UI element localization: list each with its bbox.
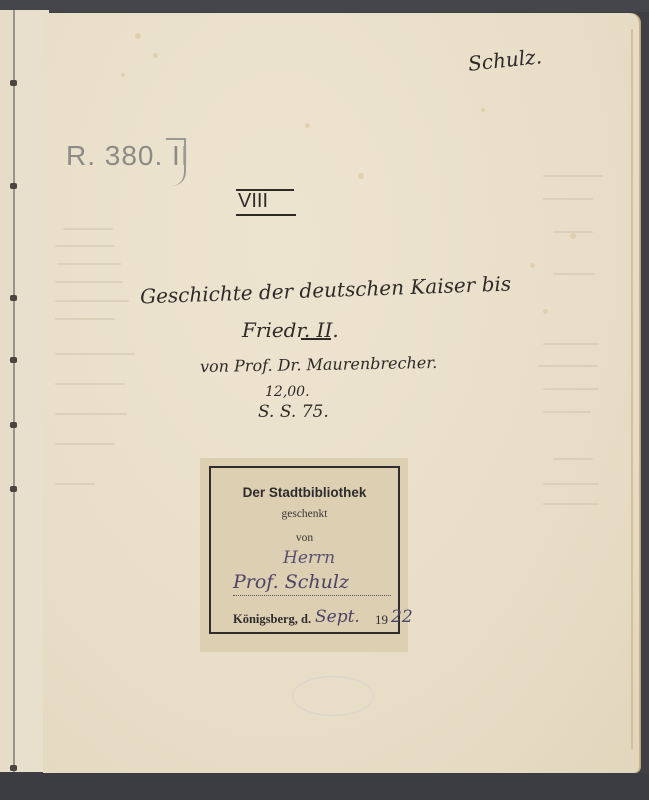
- bleed-through-line: [543, 198, 593, 200]
- bleed-through-line: [543, 411, 591, 413]
- foxing-spot: [570, 233, 576, 239]
- faded-library-stamp: [292, 676, 374, 716]
- bleed-through-line: [55, 383, 125, 385]
- bookplate-year-handwritten: 22: [391, 607, 413, 627]
- binding-thread: [13, 10, 15, 772]
- bleed-through-line: [543, 175, 603, 177]
- bookplate-heading: Der Stadtbibliothek: [211, 485, 398, 500]
- term-line: S. S. 75.: [258, 402, 329, 422]
- bookplate-dotted-line: [233, 595, 391, 596]
- bookplate-donor-name: Prof. Schulz: [233, 571, 349, 593]
- foxing-spot: [543, 309, 548, 314]
- foxing-spot: [358, 173, 364, 179]
- volume-rule-bottom: [236, 214, 296, 216]
- foxing-spot: [153, 53, 158, 58]
- bleed-through-line: [55, 245, 115, 247]
- binding-knot: [10, 486, 17, 492]
- bleed-through-line: [55, 483, 95, 485]
- bleed-through-line: [55, 281, 123, 283]
- bleed-through-line: [55, 318, 115, 320]
- library-bookplate: Der Stadtbibliothek geschenkt von Herrn …: [200, 458, 408, 652]
- title-underline: [301, 338, 331, 340]
- bleed-through-line: [57, 263, 121, 265]
- bookplate-gift-text: geschenkt: [211, 508, 398, 520]
- bleed-through-line: [55, 300, 129, 302]
- scan-background-top: [0, 0, 649, 12]
- bleed-through-line: [553, 231, 593, 233]
- bookplate-year-printed: 19: [375, 612, 388, 628]
- bookplate-month: Sept.: [315, 607, 360, 627]
- bleed-through-line: [55, 413, 127, 415]
- bleed-through-line: [543, 483, 599, 485]
- binding-knot: [10, 357, 17, 363]
- binding-knot: [10, 80, 17, 86]
- title-line-2-suffix: .: [332, 318, 338, 342]
- bookplate-place: Königsberg, d.: [233, 612, 311, 627]
- bleed-through-line: [55, 353, 135, 355]
- foxing-spot: [121, 73, 125, 77]
- price-line: 12,00.: [265, 384, 310, 400]
- scan-background-bottom: [0, 773, 649, 800]
- bleed-through-line: [538, 365, 598, 367]
- bookplate-from-text: von: [211, 532, 398, 544]
- bookplate-donor-title: Herrn: [283, 548, 335, 568]
- page-edge: [631, 29, 633, 749]
- foxing-spot: [481, 108, 485, 112]
- bleed-through-line: [553, 273, 595, 275]
- bleed-through-line: [55, 443, 115, 445]
- bleed-through-line: [543, 388, 599, 390]
- foxing-spot: [305, 123, 310, 128]
- binding-knot: [10, 295, 17, 301]
- notebook-page: [43, 13, 639, 773]
- shelfmark-bracket: [166, 138, 186, 186]
- volume-number: VIII: [238, 190, 268, 213]
- foxing-spot: [135, 33, 141, 39]
- binding-knot: [10, 765, 17, 771]
- binding-knot: [10, 183, 17, 189]
- foxing-spot: [530, 263, 535, 268]
- bleed-through-line: [543, 343, 599, 345]
- bookplate-frame: Der Stadtbibliothek geschenkt von Herrn …: [209, 466, 400, 634]
- bleed-through-line: [543, 503, 599, 505]
- binding-knot: [10, 422, 17, 428]
- bleed-through-line: [553, 458, 593, 460]
- bleed-through-line: [63, 228, 113, 230]
